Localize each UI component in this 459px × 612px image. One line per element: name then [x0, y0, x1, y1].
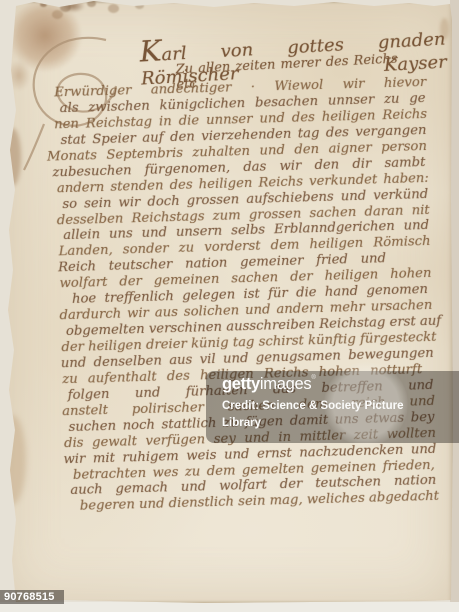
logo-light-part: images [260, 375, 311, 393]
gettyimages-logo: gettyimages® [222, 375, 315, 394]
registered-mark-icon: ® [311, 375, 315, 381]
manuscript-page: Karl von gottes gnaden Römischer Kayser … [4, 0, 454, 604]
paper-stain-left-lower [0, 415, 26, 505]
watermark-credit-line2: Library [222, 417, 261, 429]
stock-photo: Karl von gottes gnaden Römischer Kayser … [0, 0, 459, 612]
paper-edge-specks [40, 2, 47, 7]
photo-background-bottom [0, 602, 459, 612]
logo-bold-part: getty [222, 375, 260, 393]
watermark-credit-line1: Credit: Science & Society Picture [222, 400, 404, 412]
image-id-badge: 90768515 [0, 590, 64, 604]
manuscript-body: Erwürdiger andechtiger · Wiewol wir hiev… [54, 75, 442, 516]
